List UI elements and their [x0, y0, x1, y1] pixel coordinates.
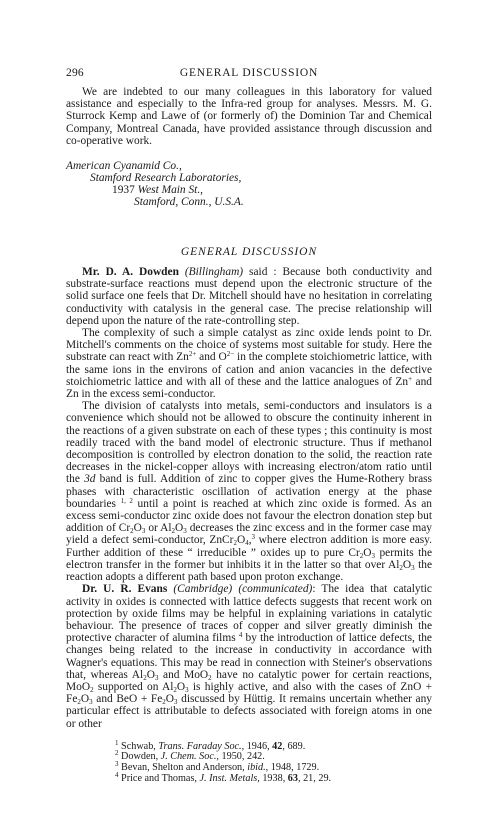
paragraph-dowden: Mr. D. A. Dowden (Billingham) said : Bec… — [66, 266, 432, 327]
acknowledgement-paragraph: We are indebted to our many colleagues i… — [66, 86, 432, 147]
footnote-ref[interactable]: 1, 2 — [121, 497, 133, 505]
author-address: American Cyanamid Co., Stamford Research… — [66, 160, 432, 208]
paragraph-catalyst-division: The division of catalysts into metals, s… — [66, 400, 432, 583]
street-name: West Main St., — [138, 184, 203, 196]
footnote: 4 Price and Thomas, J. Inst. Metals, 193… — [115, 774, 432, 785]
speaker-affiliation: (Cambridge) — [173, 583, 232, 595]
footnotes: 1 Schwab, Trans. Faraday Soc., 1946, 42,… — [66, 742, 432, 784]
speaker-name: Dr. U. R. Evans — [82, 583, 167, 595]
address-line: American Cyanamid Co., — [66, 160, 432, 172]
street-number: 1937 — [112, 184, 135, 196]
paragraph-evans: Dr. U. R. Evans (Cambridge) (communicate… — [66, 583, 432, 729]
speaker-name: Mr. D. A. Dowden — [82, 266, 179, 278]
address-line: 1937 West Main St., — [66, 184, 432, 196]
paragraph-zinc-oxide: The complexity of such a simple catalyst… — [66, 327, 432, 400]
running-title: GENERAL DISCUSSION — [66, 67, 432, 79]
speaker-affiliation: (Billingham) — [185, 266, 243, 278]
running-head: 296 GENERAL DISCUSSION — [66, 67, 432, 81]
address-line: Stamford, Conn., U.S.A. — [66, 196, 432, 208]
page: 296 GENERAL DISCUSSION We are indebted t… — [66, 67, 432, 784]
discussion-body: Mr. D. A. Dowden (Billingham) said : Bec… — [66, 266, 432, 730]
speaker-note: (communicated) — [238, 583, 312, 595]
address-line: Stamford Research Laboratories, — [66, 172, 432, 184]
section-title: GENERAL DISCUSSION — [66, 246, 432, 259]
